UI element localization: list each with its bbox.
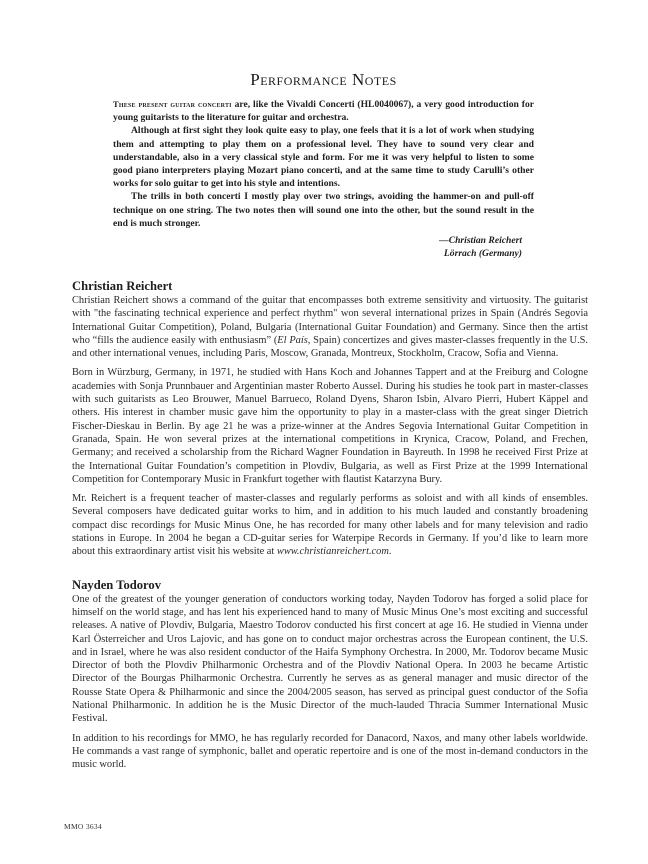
notes-paragraph: These present guitar concerti are, like … xyxy=(113,98,534,124)
biographies: Christian Reichert Christian Reichert sh… xyxy=(72,279,588,778)
bio-paragraph: Born in Würzburg, Germany, in 1971, he s… xyxy=(72,366,588,486)
performance-notes: Performance Notes These present guitar c… xyxy=(113,70,534,260)
website-link[interactable]: www.christianreichert.com xyxy=(277,546,389,557)
signature-name: —Christian Reichert xyxy=(113,234,522,247)
notes-lead-in: These present guitar concerti xyxy=(113,99,232,109)
bio-paragraph: Mr. Reichert is a frequent teacher of ma… xyxy=(72,492,588,558)
notes-paragraph: The trills in both concerti I mostly pla… xyxy=(113,190,534,230)
bio-nayden-todorov: Nayden Todorov One of the greatest of th… xyxy=(72,578,588,772)
notes-paragraph: Although at first sight they look quite … xyxy=(113,124,534,190)
notes-signature: —Christian Reichert Lörrach (Germany) xyxy=(113,234,534,260)
bio-paragraph: One of the greatest of the younger gener… xyxy=(72,593,588,726)
catalog-number: MMO 3634 xyxy=(64,822,102,831)
bio-italic-source: El País xyxy=(277,335,308,346)
bio-heading: Christian Reichert xyxy=(72,279,588,294)
signature-place: Lörrach (Germany) xyxy=(113,247,522,260)
bio-text: . xyxy=(389,546,392,557)
bio-paragraph: In addition to his recordings for MMO, h… xyxy=(72,732,588,772)
bio-christian-reichert: Christian Reichert Christian Reichert sh… xyxy=(72,279,588,559)
bio-heading: Nayden Todorov xyxy=(72,578,588,593)
performance-notes-title: Performance Notes xyxy=(113,70,534,90)
bio-paragraph: Christian Reichert shows a command of th… xyxy=(72,294,588,360)
